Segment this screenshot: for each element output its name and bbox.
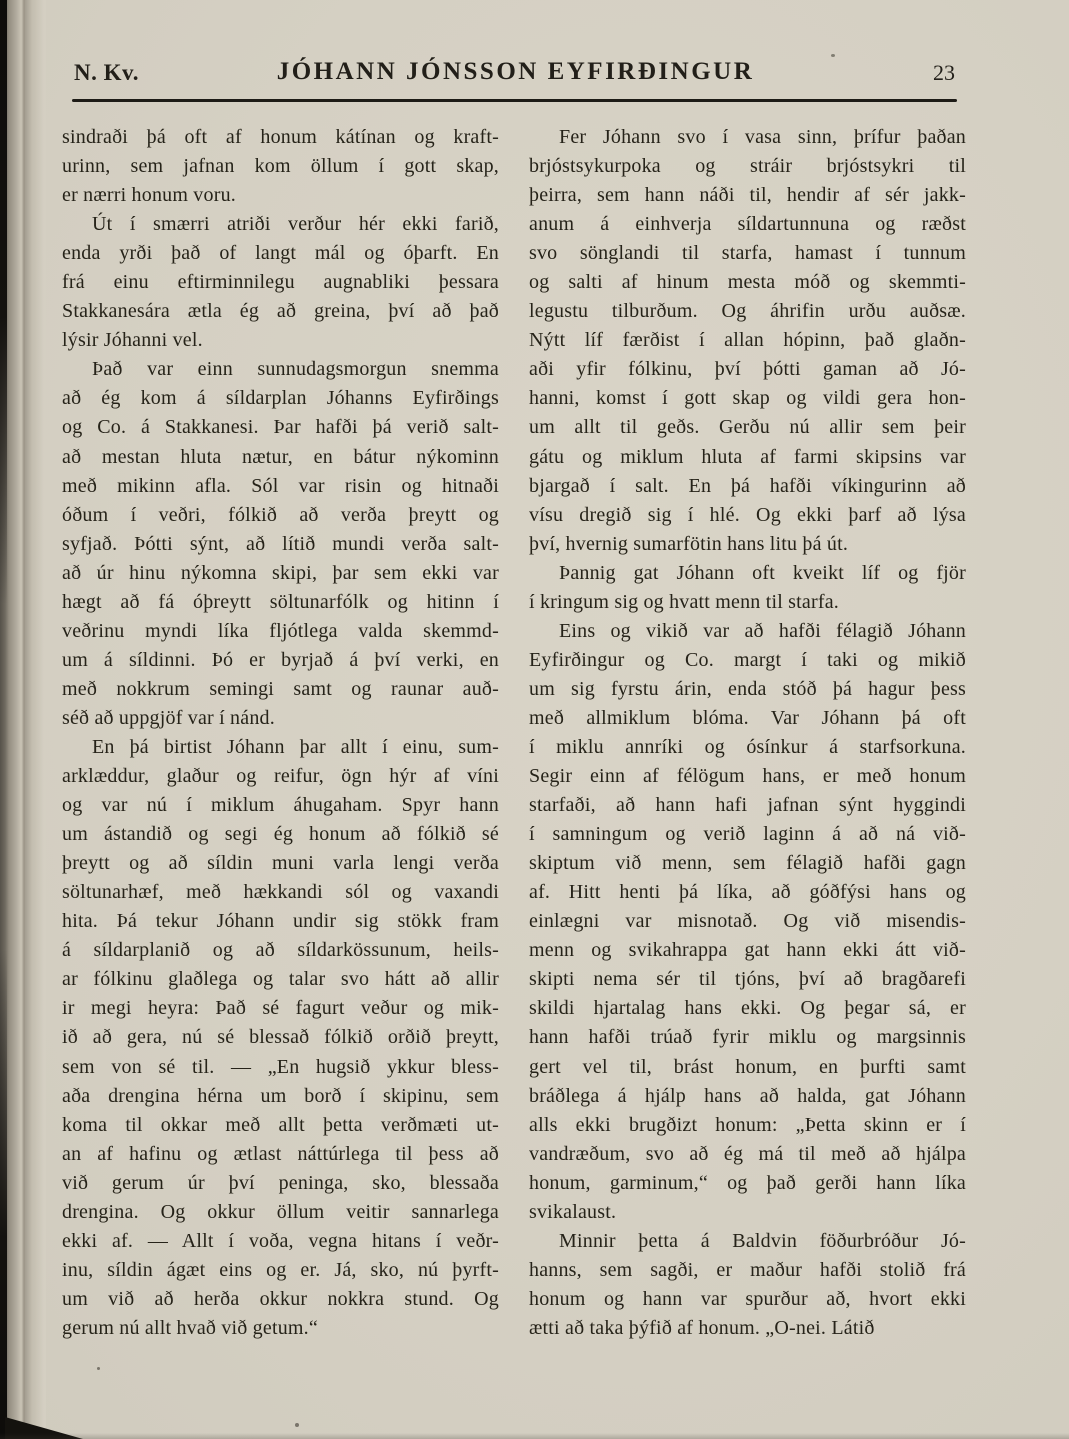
text-line: því, hvernig sumarfötin hans litu þá út. [529, 530, 966, 559]
text-line: Þannig gat Jóhann oft kveikt líf og fjör [529, 559, 966, 588]
text-line: brjóstsykurpoka og stráir brjóstsykri ti… [529, 152, 966, 181]
text-line: með mikinn afla. Sól var risin og hitnað… [62, 472, 499, 501]
text-line: ir megi heyra: Það sé fagurt veður og mi… [62, 994, 499, 1023]
text-line: þreytt og að síldin muni varla lengi ver… [62, 849, 499, 878]
text-line: hann hafði trúað fyrir miklu og margsinn… [529, 1023, 966, 1052]
text-line: um sig fyrstu árin, enda stóð þá hagur þ… [529, 675, 966, 704]
text-line: svo sönglandi til starfa, hamast í tunnu… [529, 239, 966, 268]
text-line: syfjað. Þótti sýnt, að lítið mundi verða… [62, 530, 499, 559]
text-line: vandræðum, svo að ég má til með að hjálp… [529, 1140, 966, 1169]
text-line: hægt að fá óþreytt söltunarfólk og hitin… [62, 588, 499, 617]
text-line: söltunarhæf, með hækkandi sól og vaxandi [62, 878, 499, 907]
book-edge-dark-strip [0, 0, 7, 1439]
running-header: N. Kv. JÓHANN JÓNSSON EYFIRÐINGUR 23 [74, 56, 957, 92]
text-line: Stakkanesára ætla ég að greina, því að þ… [62, 297, 499, 326]
text-line: ætti að taka þýfið af honum. „O-nei. Lát… [529, 1314, 966, 1343]
text-line: í kringum sig og hvatt menn til starfa. [529, 588, 966, 617]
text-line: með nokkrum semingi samt og raunar auð- [62, 675, 499, 704]
text-line: skipti nema sér til tjóns, því að bragða… [529, 965, 966, 994]
text-line: vísu dregið sig í hlé. Og ekki þarf að l… [529, 501, 966, 530]
text-line: starfaði, að hann hafi jafnan sýnt hyggi… [529, 791, 966, 820]
text-line: lýsir Jóhanni vel. [62, 326, 499, 355]
text-line: Út í smærri atriði verður hér ekki farið… [62, 210, 499, 239]
text-line: En þá birtist Jóhann þar allt í einu, su… [62, 733, 499, 762]
text-line: alls ekki brugðizt honum: „Þetta skinn e… [529, 1111, 966, 1140]
text-line: enda yrði það of langt mál og óþarft. En [62, 239, 499, 268]
text-line: séð að uppgjöf var í nánd. [62, 704, 499, 733]
text-line: Segir einn af félögum hans, er með honum [529, 762, 966, 791]
text-line: sindraði þá oft af honum kátínan og kraf… [62, 123, 499, 152]
page-number: 23 [933, 60, 955, 86]
text-line: ar fólkinu glaðlega og talar svo hátt að… [62, 965, 499, 994]
text-line: honum, garminum,“ og það gerði hann líka [529, 1169, 966, 1198]
text-line: drengina. Og okkur öllum veitir sannarle… [62, 1198, 499, 1227]
text-line: bjargað í salt. En þá hafði víkingurinn … [529, 472, 966, 501]
text-line: svikalaust. [529, 1198, 966, 1227]
text-line: veðrinu myndi líka fljótlega valda skemm… [62, 617, 499, 646]
text-line: menn og svikahrappa gat hann ekki átt vi… [529, 936, 966, 965]
text-line: við gerum úr því peninga, sko, blessaða [62, 1169, 499, 1198]
text-line: Minnir þetta á Baldvin föðurbróður Jó- [529, 1227, 966, 1256]
text-columns: sindraði þá oft af honum kátínan og kraf… [62, 123, 966, 1343]
text-line: með allmiklum blóma. Var Jóhann þá oft [529, 704, 966, 733]
ink-speck [97, 1367, 100, 1370]
text-line: bráðlega á hjálp hans að halda, gat Jóha… [529, 1082, 966, 1111]
text-line: óðum í veðri, fólkið að verða þreytt og [62, 501, 499, 530]
text-line: an af hafinu og ætlast náttúrlega til þe… [62, 1140, 499, 1169]
text-line: legustu tilburðum. Og áhrifin urðu auðsæ… [529, 297, 966, 326]
text-line: inu, síldin ágæt eins og er. Já, sko, nú… [62, 1256, 499, 1285]
text-line: hanni, komst í gott skap og vildi gera h… [529, 384, 966, 413]
text-line: og salti af hinum mesta móð og skemmti- [529, 268, 966, 297]
text-line: þeirra, sem hann náði til, hendir af sér… [529, 181, 966, 210]
text-line: skildi hjartalag hans ekki. Og þegar sá,… [529, 994, 966, 1023]
text-line: gátu og miklum hluta af farmi skipsins v… [529, 443, 966, 472]
text-line: að ég kom á síldarplan Jóhanns Eyfirðing… [62, 384, 499, 413]
text-line: aða drengina hérna um borð í skipinu, se… [62, 1082, 499, 1111]
text-line: Eins og vikið var að hafði félagið Jóhan… [529, 617, 966, 646]
text-line: aði yfir fólkinu, því þótti gaman að Jó- [529, 355, 966, 384]
text-line: Það var einn sunnudagsmorgun snemma [62, 355, 499, 384]
page-crease-line [22, 0, 26, 1439]
right-column: Fer Jóhann svo í vasa sinn, þrífur þaðan… [529, 123, 966, 1343]
text-line: hita. Þá tekur Jóhann undir sig stökk fr… [62, 907, 499, 936]
text-line: sem von sé til. — „En hugsið ykkur bless… [62, 1053, 499, 1082]
text-line: honum og hann var spurður að, hvort ekki [529, 1285, 966, 1314]
text-line: af. Hitt henti þá líka, að góðfýsi hans … [529, 878, 966, 907]
text-line: einlægni var misnotað. Og við misendis- [529, 907, 966, 936]
text-line: urinn, sem jafnan kom öllum í gott skap, [62, 152, 499, 181]
text-line: um ástandið og segi ég honum að fólkið s… [62, 820, 499, 849]
text-line: á síldarplanið og að síldarkössunum, hei… [62, 936, 499, 965]
text-line: koma til okkar með allt þetta verðmæti u… [62, 1111, 499, 1140]
text-line: frá einu eftirminnilegu augnabliki þessa… [62, 268, 499, 297]
header-rule [72, 99, 957, 102]
text-line: og Co. á Stakkanesi. Þar hafði þá verið … [62, 413, 499, 442]
text-line: um við að herða okkur nokkra stund. Og [62, 1285, 499, 1314]
text-line: og var nú í miklum áhugaham. Spyr hann [62, 791, 499, 820]
text-line: Eyfirðingur og Co. margt í taki og mikið [529, 646, 966, 675]
text-line: arklæddur, glaður og reifur, ögn hýr af … [62, 762, 499, 791]
text-line: ið að gera, nú sé blessað fólkið orðið þ… [62, 1023, 499, 1052]
text-line: Nýtt líf færðist í allan hópinn, það gla… [529, 326, 966, 355]
text-line: Fer Jóhann svo í vasa sinn, þrífur þaðan [529, 123, 966, 152]
text-line: að mestan hluta nætur, en bátur nýkominn [62, 443, 499, 472]
text-line: í miklu annríki og ósínkur á starfsorkun… [529, 733, 966, 762]
text-line: í samningum og verið laginn á að ná við- [529, 820, 966, 849]
text-line: ekki af. — Allt í voða, vegna hitans í v… [62, 1227, 499, 1256]
text-line: um á síldinni. Þó er byrjað á því verki,… [62, 646, 499, 675]
text-line: er nærri honum voru. [62, 181, 499, 210]
ink-speck [295, 1423, 299, 1427]
text-line: að úr hinu nýkomna skipi, þar sem ekki v… [62, 559, 499, 588]
text-line: um allt til geðs. Gerðu nú allir sem þei… [529, 413, 966, 442]
text-line: hanns, sem sagði, er maður hafði stolið … [529, 1256, 966, 1285]
page-title: JÓHANN JÓNSSON EYFIRÐINGUR [74, 58, 957, 86]
text-line: skiptum við menn, sem félagið hafði gagn [529, 849, 966, 878]
text-line: gerum nú allt hvað við getum.“ [62, 1314, 499, 1343]
text-line: anum á einhverja síldartunnuna og ræðst [529, 210, 966, 239]
bottom-edge-shadow [0, 1433, 1069, 1439]
text-line: gert vel til, brást honum, en þurfti sam… [529, 1053, 966, 1082]
left-column: sindraði þá oft af honum kátínan og kraf… [62, 123, 499, 1343]
